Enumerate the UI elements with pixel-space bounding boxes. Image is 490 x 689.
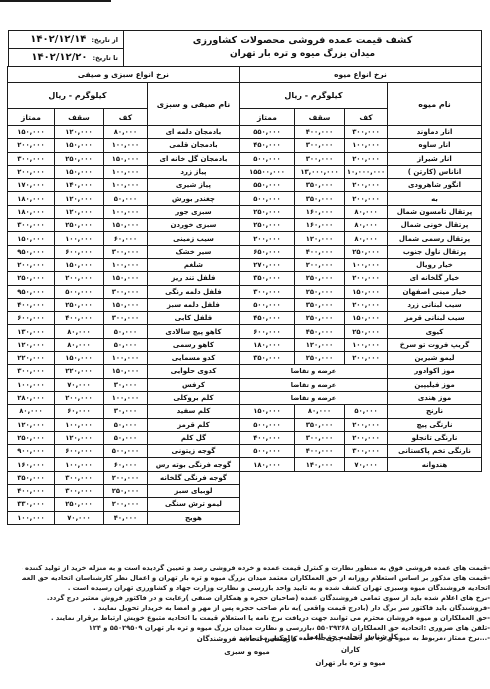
price-floor-cell: ۲۵۰,۰۰۰ (345, 325, 388, 338)
price-ceiling-cell: ۱۳,۰۰۰,۰۰۰ (295, 165, 345, 178)
price-premium-cell: ۲۰۰,۰۰۰ (7, 165, 54, 178)
signature-line: کارشناس اتحادیه حق العمل کاران (293, 631, 408, 657)
price-floor-cell: ۲۵۰,۰۰۰ (345, 245, 388, 258)
section-title-row: نرخ انواع میوه نرخ انواع سبزی و صیفی (7, 67, 481, 83)
footer-notes: -قیمت های عمده فروشی فوق به منظور نظارت … (16, 563, 490, 643)
supply-demand-cell: عرضه و تقاضا (239, 391, 387, 404)
fruit-section-title: نرخ انواع میوه (239, 67, 481, 83)
price-ceiling-cell: ۲۰۰,۰۰۰ (295, 258, 345, 271)
price-premium-cell: ۳۰۰,۰۰۰ (7, 219, 54, 232)
price-floor-cell: ۱۰۰,۰۰۰ (103, 258, 147, 271)
footer-note: -حق العملکاران و میوه فروشان محترم می تو… (22, 613, 490, 623)
price-floor-cell: ۳۰,۰۰۰ (103, 378, 147, 391)
table-row: انگور شاهرودی۲۰۰,۰۰۰۳۵۰,۰۰۰۵۵۰,۰۰۰پیاز ش… (7, 179, 481, 192)
price-ceiling-cell: ۱۲۰,۰۰۰ (295, 232, 345, 245)
price-premium-cell: ۵۰۰,۰۰۰ (239, 298, 294, 311)
price-ceiling-cell: ۴۵۰,۰۰۰ (295, 325, 345, 338)
price-floor-cell: ۱۵۰,۰۰۰ (345, 312, 388, 325)
price-floor-cell: ۳۰,۰۰۰ (103, 405, 147, 418)
price-premium-cell: ۲۰۰,۰۰۰ (239, 232, 294, 245)
veg-name-header: نام صیفی و سبزی (147, 83, 239, 126)
document-title: کشف قیمت عمده فروشی محصولات کشاورزی میدا… (124, 31, 481, 66)
price-floor-cell: ۵۰,۰۰۰ (103, 192, 147, 205)
price-ceiling-cell: ۵۰۰,۰۰۰ (54, 285, 103, 298)
product-name-cell: لیمو شیرین (388, 352, 482, 365)
price-premium-cell: ۱۵۰,۰۰۰ (7, 126, 54, 139)
signature-line: میوه و تره بار تهران (293, 657, 408, 670)
price-ceiling-cell: ۳۵۰,۰۰۰ (295, 192, 345, 205)
price-premium-cell: ۶۵۰,۰۰۰ (239, 245, 294, 258)
price-ceiling-cell: ۱۲۰,۰۰۰ (54, 126, 103, 139)
price-premium-cell: ۴۰۰,۰۰۰ (7, 485, 54, 498)
table-row: موز فیلیپینعرضه و تقاضاکرفس۳۰,۰۰۰۷۰,۰۰۰۱… (7, 378, 481, 391)
price-premium-cell: ۹۵۰,۰۰۰ (7, 245, 54, 258)
price-ceiling-cell: ۲۵۰,۰۰۰ (54, 498, 103, 511)
footer-note: -نرخ های اعلام شده باید از سوی تمامی فرو… (22, 593, 490, 603)
table-row: موز اکوادورعرضه و تقاضاکدوی حلوایی۱۵۰,۰۰… (7, 365, 481, 378)
price-floor-cell: ۲۰۰,۰۰۰ (345, 431, 388, 444)
price-floor-cell: ۲۰۰,۰۰۰ (345, 179, 388, 192)
product-name-cell: سبزی جور (147, 205, 239, 218)
table-row: به۲۰۰,۰۰۰۳۵۰,۰۰۰۵۰۰,۰۰۰چغندر بورش۵۰,۰۰۰۱… (7, 192, 481, 205)
price-ceiling-cell: ۳۰۰,۰۰۰ (54, 485, 103, 498)
price-ceiling-cell: ۳۵۰,۰۰۰ (295, 418, 345, 431)
price-premium-cell: ۲۰۰,۰۰۰ (7, 139, 54, 152)
product-name-cell: بادمجان قلمی (147, 139, 239, 152)
product-name-cell: هویج (147, 511, 239, 524)
price-premium-cell: ۸۰,۰۰۰ (7, 405, 54, 418)
price-premium-cell: ۱۲۰,۰۰۰ (7, 338, 54, 351)
price-ceiling-cell: ۱۲۰,۰۰۰ (54, 192, 103, 205)
price-premium-cell: ۱۵۰,۰۰۰ (239, 405, 294, 418)
price-premium-cell: ۳۵۰,۰۰۰ (239, 352, 294, 365)
veg-section-title: نرخ انواع سبزی و صیفی (7, 67, 239, 83)
price-floor-cell: ۲۰۰,۰۰۰ (345, 192, 388, 205)
price-premium-cell: ۱۸۰,۰۰۰ (239, 458, 294, 471)
price-floor-cell: ۲۰۰,۰۰۰ (103, 471, 147, 484)
price-premium-cell: ۲۸۰,۰۰۰ (7, 391, 54, 404)
table-row: پرتقال رسمی شمال۸۰,۰۰۰۱۲۰,۰۰۰۲۰۰,۰۰۰سیب … (7, 232, 481, 245)
date-box: از تاریخ: ۱۴۰۲/۱۲/۱۴ تا تاریخ: ۱۴۰۲/۱۲/۲… (9, 31, 124, 66)
supply-demand-cell: عرضه و تقاضا (239, 365, 387, 378)
table-row: خیار مینی اصفهان۱۵۰,۰۰۰۲۵۰,۰۰۰۳۰۰,۰۰۰فلف… (7, 285, 481, 298)
price-premium-cell: ۱۲۰,۰۰۰ (7, 418, 54, 431)
price-premium-cell: ۳۵۰,۰۰۰ (7, 471, 54, 484)
price-ceiling-cell: ۶۰۰,۰۰۰ (54, 445, 103, 458)
price-floor-cell: ۱۰۰,۰۰۰ (103, 179, 147, 192)
price-premium-cell: ۲۷۰,۰۰۰ (239, 258, 294, 271)
price-ceiling-cell: ۱۲۰,۰۰۰ (54, 431, 103, 444)
product-name-cell: کرفس (147, 378, 239, 391)
product-name-cell: لوبیای سبز (147, 485, 239, 498)
product-name-cell: پیاز زرد (147, 165, 239, 178)
price-premium-cell: ۴۵۰,۰۰۰ (239, 139, 294, 152)
table-row: سیب لبنانی قرمز۱۵۰,۰۰۰۲۵۰,۰۰۰۴۵۰,۰۰۰فلفل… (7, 312, 481, 325)
product-name-cell: نارنج (388, 405, 482, 418)
document-header: کشف قیمت عمده فروشی محصولات کشاورزی میدا… (8, 30, 482, 66)
price-premium-cell: ۲۵۰,۰۰۰ (7, 431, 54, 444)
product-name-cell: پرتقال خونی شمال (388, 219, 482, 232)
footer-note: -قیمت های عمده فروشی فوق به منظور نظارت … (22, 563, 490, 573)
product-name-cell: گوجه فرنگی گلخانه (147, 471, 239, 484)
footer-note: -تلفن های ضروری :اتحادیه حق العملکاران ۵… (22, 623, 490, 633)
price-floor-cell: ۸۰,۰۰۰ (103, 126, 147, 139)
empty-area (239, 511, 481, 524)
price-ceiling-cell: ۴۰۰,۰۰۰ (295, 245, 345, 258)
product-name-cell: بادمجان دلمه ای (147, 126, 239, 139)
price-floor-cell: ۳۰۰,۰۰۰ (103, 312, 147, 325)
table-row: کیوی۲۵۰,۰۰۰۴۵۰,۰۰۰۶۰۰,۰۰۰کاهو پیچ سالادی… (7, 325, 481, 338)
product-name-cell: به (388, 192, 482, 205)
price-ceiling-cell: ۴۰۰,۰۰۰ (54, 312, 103, 325)
product-name-cell: کاهو پیچ سالادی (147, 325, 239, 338)
title-line-1: کشف قیمت عمده فروشی محصولات کشاورزی (124, 35, 481, 47)
price-premium-cell: ۹۵۰,۰۰۰ (7, 285, 54, 298)
fruit-premium-header: ممتاز (239, 109, 294, 126)
product-name-cell: هندوانه (388, 458, 482, 471)
price-ceiling-cell: ۴۰۰,۰۰۰ (295, 126, 345, 139)
to-date-row: تا تاریخ: ۱۴۰۲/۱۲/۲۰ (9, 48, 123, 66)
price-floor-cell: ۲۵۰,۰۰۰ (103, 485, 147, 498)
product-name-cell: فلفل تند ریز (147, 272, 239, 285)
signature-sellers-union: کارشناس اتحادیه فروشندگان میوه و سبزی (193, 633, 301, 659)
price-floor-cell: ۸۰,۰۰۰ (345, 219, 388, 232)
price-floor-cell: ۱۵۰,۰۰۰ (103, 298, 147, 311)
table-row: نارنگی پیچ۲۰۰,۰۰۰۳۵۰,۰۰۰۵۰۰,۰۰۰کلم قرمز۵… (7, 418, 481, 431)
price-premium-cell: ۱۵۰,۰۰۰ (7, 232, 54, 245)
price-table: نرخ انواع میوه نرخ انواع سبزی و صیفی نام… (7, 66, 482, 525)
to-date-label: تا تاریخ: (93, 54, 119, 62)
fruit-floor-header: کف (345, 109, 388, 126)
price-floor-cell: ۱۰۰,۰۰۰ (345, 139, 388, 152)
fruit-name-header: نام میوه (388, 83, 482, 126)
price-floor-cell: ۳۰۰,۰۰۰ (103, 245, 147, 258)
footer-note: -قیمت های مذکور بر اساس استعلام روزانه ا… (22, 573, 490, 583)
price-ceiling-cell: ۲۵۰,۰۰۰ (54, 298, 103, 311)
price-ceiling-cell: ۲۵۰,۰۰۰ (295, 352, 345, 365)
veg-ceiling-header: سقف (54, 109, 103, 126)
product-name-cell: کلم بروکلی (147, 391, 239, 404)
price-floor-cell: ۷۰,۰۰۰ (345, 458, 388, 471)
price-floor-cell: ۲۰۰,۰۰۰ (345, 152, 388, 165)
price-ceiling-cell: ۱۴۰,۰۰۰ (295, 458, 345, 471)
product-name-cell: پرتقال ناول جنوب (388, 245, 482, 258)
table-row: انار دماوند۳۰۰,۰۰۰۴۰۰,۰۰۰۵۵۰,۰۰۰بادمجان … (7, 126, 481, 139)
from-date-row: از تاریخ: ۱۴۰۲/۱۲/۱۴ (9, 31, 123, 48)
price-ceiling-cell: ۱۶۰,۰۰۰ (295, 205, 345, 218)
price-floor-cell: ۵۰۰,۰۰۰ (103, 445, 147, 458)
from-date-value: ۱۴۰۲/۱۲/۱۴ (30, 34, 86, 45)
supply-demand-cell: عرضه و تقاضا (239, 378, 387, 391)
product-name-cell: سبزی خوردن (147, 219, 239, 232)
product-name-cell: پرتقال رسمی شمال (388, 232, 482, 245)
product-name-cell: چغندر بورش (147, 192, 239, 205)
product-name-cell: فلفل دلمه سبز (147, 298, 239, 311)
footer-note: اتحادیه فروشندگان میوه وسبزی تهران کشف ش… (22, 583, 490, 593)
price-ceiling-cell: ۸۰,۰۰۰ (54, 338, 103, 351)
price-premium-cell: ۱۰۰,۰۰۰ (7, 511, 54, 524)
product-name-cell: خیار مینی اصفهان (388, 285, 482, 298)
product-name-cell: موز هندی (388, 391, 482, 404)
table-row: هویج۴۰,۰۰۰۷۰,۰۰۰۱۰۰,۰۰۰ (7, 511, 481, 524)
price-premium-cell: ۳۰۰,۰۰۰ (239, 285, 294, 298)
product-name-cell: نارنگی پیچ (388, 418, 482, 431)
price-premium-cell: ۴۰۰,۰۰۰ (7, 298, 54, 311)
price-premium-cell: ۴۰۰,۰۰۰ (239, 431, 294, 444)
table-row: لوبیای سبز۲۵۰,۰۰۰۳۰۰,۰۰۰۴۰۰,۰۰۰ (7, 485, 481, 498)
price-ceiling-cell: ۱۰۰,۰۰۰ (54, 458, 103, 471)
price-ceiling-cell: ۳۵۰,۰۰۰ (295, 298, 345, 311)
price-ceiling-cell: ۲۲۰,۰۰۰ (54, 365, 103, 378)
table-row: پرتقال تامسون شمال۸۰,۰۰۰۱۶۰,۰۰۰۲۵۰,۰۰۰سب… (7, 205, 481, 218)
signature-line: کارشناس اتحادیه فروشندگان (193, 633, 301, 646)
price-floor-cell: ۱۵۰,۰۰۰ (345, 285, 388, 298)
fruit-unit-header: کیلوگرم - ریال (239, 83, 387, 109)
price-ceiling-cell: ۲۵۰,۰۰۰ (295, 312, 345, 325)
price-ceiling-cell: ۲۵۰,۰۰۰ (54, 219, 103, 232)
product-name-cell: موز فیلیپین (388, 378, 482, 391)
price-premium-cell: ۵۰۰,۰۰۰ (239, 445, 294, 458)
price-floor-cell: ۵۰,۰۰۰ (345, 405, 388, 418)
price-ceiling-cell: ۲۰۰,۰۰۰ (54, 272, 103, 285)
price-premium-cell: ۱۶۰,۰۰۰ (7, 458, 54, 471)
document-body: کشف قیمت عمده فروشی محصولات کشاورزی میدا… (8, 30, 482, 525)
product-name-cell: انگور شاهرودی (388, 179, 482, 192)
table-row: لیمو ترش سنگی۲۰۰,۰۰۰۲۵۰,۰۰۰۳۳۰,۰۰۰ (7, 498, 481, 511)
product-name-cell: سیب زمینی (147, 232, 239, 245)
price-ceiling-cell: ۱۵۰,۰۰۰ (54, 352, 103, 365)
price-premium-cell: ۵۵۰,۰۰۰ (239, 179, 294, 192)
product-name-cell: بادمجان گل خانه ای (147, 152, 239, 165)
product-name-cell: کیوی (388, 325, 482, 338)
price-ceiling-cell: ۱۰۰,۰۰۰ (54, 232, 103, 245)
signature-commission-agents: کارشناس اتحادیه حق العمل کاران میوه و تر… (293, 631, 408, 670)
price-ceiling-cell: ۱۵۰,۰۰۰ (54, 165, 103, 178)
price-ceiling-cell: ۲۰۰,۰۰۰ (54, 391, 103, 404)
price-ceiling-cell: ۶۰۰,۰۰۰ (54, 245, 103, 258)
price-premium-cell: ۲۰۰,۰۰۰ (7, 258, 54, 271)
price-premium-cell: ۱۵۵۰۰,۰۰۰ (239, 165, 294, 178)
price-floor-cell: ۵۰,۰۰۰ (103, 418, 147, 431)
price-list-document: کشف قیمت عمده فروشی محصولات کشاورزی میدا… (0, 0, 490, 689)
price-floor-cell: ۱۰۰,۰۰۰ (103, 391, 147, 404)
price-premium-cell: ۱۸۰,۰۰۰ (7, 192, 54, 205)
price-floor-cell: ۵۰,۰۰۰ (103, 338, 147, 351)
table-row: پرتقال ناول جنوب۲۵۰,۰۰۰۴۰۰,۰۰۰۶۵۰,۰۰۰سیر… (7, 245, 481, 258)
veg-floor-header: کف (103, 109, 147, 126)
price-floor-cell: ۱۰۰,۰۰۰ (103, 352, 147, 365)
product-name-cell: خیار گلخانه ای (388, 272, 482, 285)
price-premium-cell: ۵۵۰,۰۰۰ (239, 126, 294, 139)
price-ceiling-cell: ۲۵۰,۰۰۰ (54, 152, 103, 165)
price-premium-cell: ۱۰۰,۰۰۰ (7, 378, 54, 391)
table-row: گوجه فرنگی گلخانه۲۰۰,۰۰۰۳۰۰,۰۰۰۳۵۰,۰۰۰ (7, 471, 481, 484)
footer-note: -فروشندگان باید فاکتور سر برگ دار (بادرج… (22, 603, 490, 613)
price-premium-cell: ۲۵۰,۰۰۰ (239, 219, 294, 232)
price-floor-cell: ۱۵۰,۰۰۰ (103, 272, 147, 285)
price-ceiling-cell: ۲۵۰,۰۰۰ (295, 285, 345, 298)
signature-line: میوه و سبزی (193, 646, 301, 659)
product-name-cell: سیب لبنانی قرمز (388, 312, 482, 325)
price-ceiling-cell: ۴۰۰,۰۰۰ (295, 445, 345, 458)
table-row: انار شیراز۲۰۰,۰۰۰۳۰۰,۰۰۰۵۰۰,۰۰۰بادمجان گ… (7, 152, 481, 165)
table-row: هندوانه۷۰,۰۰۰۱۴۰,۰۰۰۱۸۰,۰۰۰گوجه فرنگی بو… (7, 458, 481, 471)
price-floor-cell: ۳۰۰,۰۰۰ (345, 445, 388, 458)
table-row: نارنگی تخم پاکستانی۳۰۰,۰۰۰۴۰۰,۰۰۰۵۰۰,۰۰۰… (7, 445, 481, 458)
price-floor-cell: ۱۰۰,۰۰۰ (345, 258, 388, 271)
unit-header-row: نام میوه کیلوگرم - ریال نام صیفی و سبزی … (7, 83, 481, 109)
product-name-cell: شلغم (147, 258, 239, 271)
price-floor-cell: ۸۰,۰۰۰ (345, 232, 388, 245)
price-premium-cell: ۶۰۰,۰۰۰ (7, 312, 54, 325)
price-ceiling-cell: ۳۰۰,۰۰۰ (295, 152, 345, 165)
price-premium-cell: ۴۵۰,۰۰۰ (239, 312, 294, 325)
price-ceiling-cell: ۷۰,۰۰۰ (54, 378, 103, 391)
to-date-value: ۱۴۰۲/۱۲/۲۰ (31, 52, 87, 63)
table-row: پرتقال خونی شمال۸۰,۰۰۰۱۶۰,۰۰۰۲۵۰,۰۰۰سبزی… (7, 219, 481, 232)
price-floor-cell: ۵۰,۰۰۰ (103, 431, 147, 444)
price-premium-cell: ۱۸۰,۰۰۰ (239, 338, 294, 351)
table-row: گریپ فروت تو سرخ۱۰۰,۰۰۰۱۲۰,۰۰۰۱۸۰,۰۰۰کاه… (7, 338, 481, 351)
product-name-cell: انار ساوه (388, 139, 482, 152)
price-premium-cell: ۱۷۰,۰۰۰ (7, 179, 54, 192)
price-premium-cell: ۶۰۰,۰۰۰ (239, 325, 294, 338)
product-name-cell: پرتقال تامسون شمال (388, 205, 482, 218)
price-floor-cell: ۲۰۰,۰۰۰ (345, 418, 388, 431)
product-name-cell: گوجه زیتونی (147, 445, 239, 458)
price-floor-cell: ۶۰,۰۰۰ (103, 232, 147, 245)
product-name-cell: گریپ فروت تو سرخ (388, 338, 482, 351)
price-floor-cell: ۱۰۰,۰۰۰ (103, 165, 147, 178)
price-ceiling-cell: ۱۲۰,۰۰۰ (295, 338, 345, 351)
empty-area (239, 485, 481, 498)
empty-area (239, 498, 481, 511)
price-ceiling-cell: ۳۰۰,۰۰۰ (295, 139, 345, 152)
from-date-label: از تاریخ: (91, 36, 118, 44)
price-premium-cell: ۳۳۰,۰۰۰ (7, 498, 54, 511)
table-row: لیمو شیرین۲۰۰,۰۰۰۲۵۰,۰۰۰۳۵۰,۰۰۰کدو مسمای… (7, 352, 481, 365)
price-premium-cell: ۱۸۰,۰۰۰ (7, 205, 54, 218)
price-ceiling-cell: ۲۵۰,۰۰۰ (295, 272, 345, 285)
price-ceiling-cell: ۳۰۰,۰۰۰ (295, 431, 345, 444)
price-floor-cell: ۴۰,۰۰۰ (103, 511, 147, 524)
price-ceiling-cell: ۷۰,۰۰۰ (54, 511, 103, 524)
price-floor-cell: ۵۰,۰۰۰ (103, 325, 147, 338)
price-ceiling-cell: ۱۵۰,۰۰۰ (54, 258, 103, 271)
price-premium-cell: ۵۰۰,۰۰۰ (239, 418, 294, 431)
empty-area (239, 471, 481, 484)
price-floor-cell: ۸۰,۰۰۰ (345, 205, 388, 218)
table-row: خیار رویال۱۰۰,۰۰۰۲۰۰,۰۰۰۲۷۰,۰۰۰شلغم۱۰۰,۰… (7, 258, 481, 271)
table-row: سیب لبنانی زرد۲۰۰,۰۰۰۳۵۰,۰۰۰۵۰۰,۰۰۰فلفل … (7, 298, 481, 311)
price-floor-cell: ۱۵۰,۰۰۰ (103, 365, 147, 378)
price-floor-cell: ۱۰۰,۰۰۰ (345, 338, 388, 351)
product-name-cell: گوجه فرنگی بوته رس (147, 458, 239, 471)
price-premium-cell: ۲۵۰,۰۰۰ (7, 272, 54, 285)
price-floor-cell: ۱۰۰,۰۰۰ (103, 139, 147, 152)
price-premium-cell: ۲۲۰,۰۰۰ (7, 352, 54, 365)
title-line-2: میدان بزرگ میوه و تره بار تهران (124, 48, 481, 60)
table-row: نارنگی تانجلو۲۰۰,۰۰۰۳۰۰,۰۰۰۴۰۰,۰۰۰گل کلم… (7, 431, 481, 444)
fruit-ceiling-header: سقف (295, 109, 345, 126)
price-ceiling-cell: ۳۵۰,۰۰۰ (295, 179, 345, 192)
price-premium-cell: ۱۳۰,۰۰۰ (7, 325, 54, 338)
product-name-cell: نارنگی تخم پاکستانی (388, 445, 482, 458)
table-row: نارنج۵۰,۰۰۰۸۰,۰۰۰۱۵۰,۰۰۰کلم سفید۳۰,۰۰۰۶۰… (7, 405, 481, 418)
scan-artifact (0, 0, 111, 2)
product-name-cell: کاهو رسمی (147, 338, 239, 351)
product-name-cell: فلفل کابی (147, 312, 239, 325)
price-premium-cell: ۲۵۰,۰۰۰ (239, 205, 294, 218)
price-ceiling-cell: ۶۰,۰۰۰ (54, 405, 103, 418)
table-row: اناناس (کارتن )۱۰,۰۰۰,۰۰۰۱۳,۰۰۰,۰۰۰۱۵۵۰۰… (7, 165, 481, 178)
product-name-cell: خیار رویال (388, 258, 482, 271)
price-ceiling-cell: ۱۲۰,۰۰۰ (54, 205, 103, 218)
product-name-cell: سیب لبنانی زرد (388, 298, 482, 311)
price-floor-cell: ۶۰,۰۰۰ (103, 458, 147, 471)
product-name-cell: فلفل دلمه رنگی (147, 285, 239, 298)
price-ceiling-cell: ۱۴۰,۰۰۰ (54, 179, 103, 192)
price-table-body: انار دماوند۳۰۰,۰۰۰۴۰۰,۰۰۰۵۵۰,۰۰۰بادمجان … (7, 126, 481, 525)
product-name-cell: انار دماوند (388, 126, 482, 139)
price-ceiling-cell: ۱۶۰,۰۰۰ (295, 219, 345, 232)
price-premium-cell: ۵۰۰,۰۰۰ (239, 152, 294, 165)
price-premium-cell: ۳۰۰,۰۰۰ (7, 152, 54, 165)
product-name-cell: انار شیراز (388, 152, 482, 165)
price-ceiling-cell: ۳۰۰,۰۰۰ (54, 471, 103, 484)
price-premium-cell: ۹۰۰,۰۰۰ (7, 445, 54, 458)
price-ceiling-cell: ۱۵۰,۰۰۰ (54, 139, 103, 152)
price-floor-cell: ۲۰۰,۰۰۰ (103, 498, 147, 511)
price-floor-cell: ۳۰۰,۰۰۰ (345, 126, 388, 139)
product-name-cell: پیاز شیری (147, 179, 239, 192)
price-floor-cell: ۲۰۰,۰۰۰ (345, 272, 388, 285)
price-floor-cell: ۱۵۰,۰۰۰ (103, 152, 147, 165)
product-name-cell: کلم سفید (147, 405, 239, 418)
price-floor-cell: ۳۰۰,۰۰۰ (103, 285, 147, 298)
table-row: خیار گلخانه ای۲۰۰,۰۰۰۲۵۰,۰۰۰۳۵۰,۰۰۰فلفل … (7, 272, 481, 285)
veg-unit-header: کیلوگرم - ریال (7, 83, 147, 109)
price-floor-cell: ۲۰۰,۰۰۰ (345, 298, 388, 311)
product-name-cell: کلم قرمز (147, 418, 239, 431)
price-premium-cell: ۳۵۰,۰۰۰ (239, 272, 294, 285)
price-floor-cell: ۲۰۰,۰۰۰ (345, 352, 388, 365)
price-premium-cell: ۵۰۰,۰۰۰ (239, 192, 294, 205)
table-row: انار ساوه۱۰۰,۰۰۰۳۰۰,۰۰۰۴۵۰,۰۰۰بادمجان قل… (7, 139, 481, 152)
product-name-cell: اناناس (کارتن ) (388, 165, 482, 178)
product-name-cell: موز اکوادور (388, 365, 482, 378)
table-row: موز هندیعرضه و تقاضاکلم بروکلی۱۰۰,۰۰۰۲۰۰… (7, 391, 481, 404)
price-ceiling-cell: ۱۰۰,۰۰۰ (54, 418, 103, 431)
price-ceiling-cell: ۸۰,۰۰۰ (54, 325, 103, 338)
product-name-cell: لیمو ترش سنگی (147, 498, 239, 511)
product-name-cell: گل کلم (147, 431, 239, 444)
price-ceiling-cell: ۸۰,۰۰۰ (295, 405, 345, 418)
product-name-cell: کدوی حلوایی (147, 365, 239, 378)
price-floor-cell: ۱۵۰,۰۰۰ (103, 219, 147, 232)
veg-premium-header: ممتاز (7, 109, 54, 126)
price-floor-cell: ۱۰,۰۰۰,۰۰۰ (345, 165, 388, 178)
product-name-cell: سیر خشک (147, 245, 239, 258)
price-premium-cell: ۳۰۰,۰۰۰ (7, 365, 54, 378)
product-name-cell: نارنگی تانجلو (388, 431, 482, 444)
product-name-cell: کدو مسمایی (147, 352, 239, 365)
price-floor-cell: ۱۰۰,۰۰۰ (103, 205, 147, 218)
